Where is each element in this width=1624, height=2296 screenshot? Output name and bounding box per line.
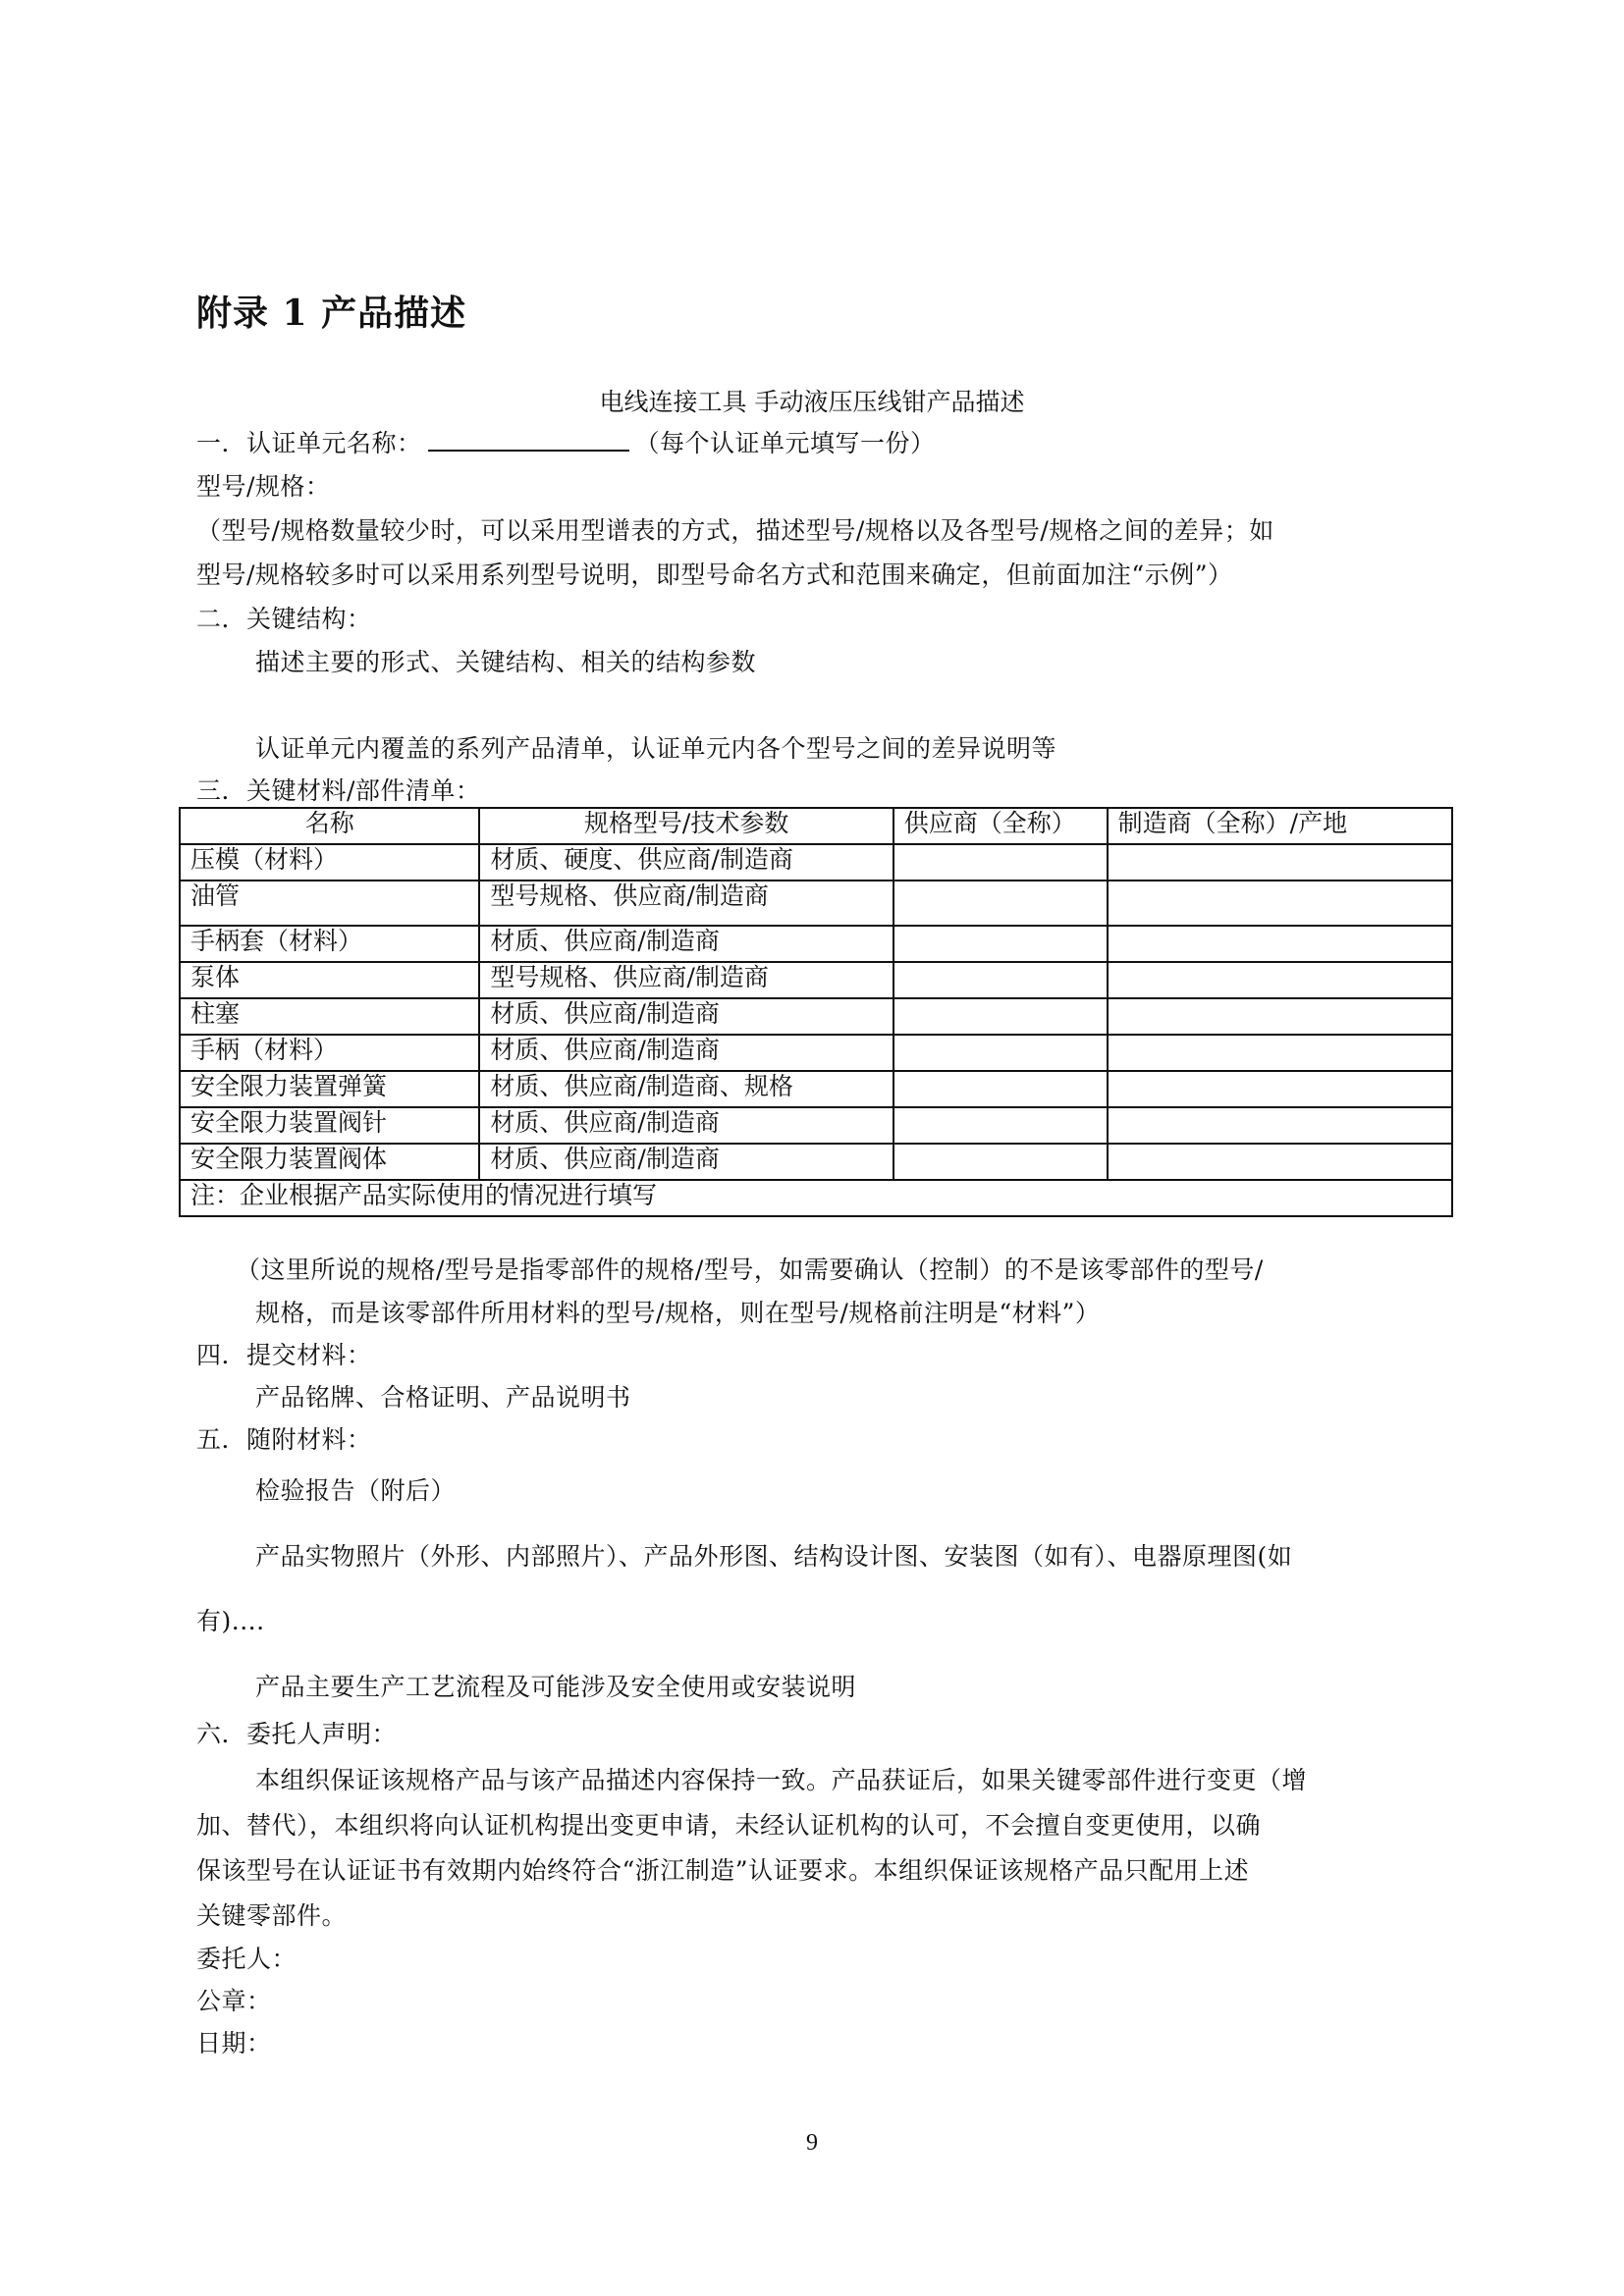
cell-manufacturer[interactable] xyxy=(1108,844,1452,881)
section2-line1: 描述主要的形式、关键结构、相关的结构参数 xyxy=(255,648,756,677)
cell-manufacturer[interactable] xyxy=(1108,962,1452,998)
table-row: 安全限力装置阀针 材质、供应商/制造商 xyxy=(180,1107,1452,1144)
appendix-heading: 附录 1 产品描述 xyxy=(196,291,466,336)
table-footnote-row: 注：企业根据产品实际使用的情况进行填写 xyxy=(180,1180,1452,1216)
cell-spec: 材质、供应商/制造商 xyxy=(479,1144,893,1180)
seal-label: 公章： xyxy=(196,1987,272,2016)
cell-manufacturer[interactable] xyxy=(1108,1071,1452,1107)
cert-unit-name-blank[interactable] xyxy=(428,428,629,452)
cell-manufacturer[interactable] xyxy=(1108,998,1452,1035)
cell-manufacturer[interactable] xyxy=(1108,1107,1452,1144)
date-label: 日期： xyxy=(196,2029,272,2058)
cell-name: 压模（材料） xyxy=(180,844,479,881)
declaration-line4: 关键零部件。 xyxy=(196,1901,347,1931)
section5-line2b: 有).... xyxy=(196,1607,265,1636)
section1-line: 一．认证单元名称：（每个认证单元填写一份） xyxy=(196,428,936,458)
declaration-line3: 保该型号在认证证书有效期内始终符合“浙江制造”认证要求。本组织保证该规格产品只配… xyxy=(196,1856,1249,1886)
cell-name: 安全限力装置阀针 xyxy=(180,1107,479,1144)
table-row: 泵体 型号规格、供应商/制造商 xyxy=(180,962,1452,998)
cell-name: 油管 xyxy=(180,881,479,926)
table-header-row: 名称 规格型号/技术参数 供应商（全称） 制造商（全称）/产地 xyxy=(180,808,1452,844)
declaration-line2: 加、替代），本组织将向认证机构提出变更申请，未经认证机构的认可，不会擅自变更使用… xyxy=(196,1811,1261,1841)
header-supplier: 供应商（全称） xyxy=(893,808,1108,844)
cell-spec: 型号规格、供应商/制造商 xyxy=(479,881,893,926)
cell-manufacturer[interactable] xyxy=(1108,1144,1452,1180)
cell-supplier[interactable] xyxy=(893,962,1108,998)
cell-spec: 材质、供应商/制造商 xyxy=(479,926,893,962)
table-row: 柱塞 材质、供应商/制造商 xyxy=(180,998,1452,1035)
header-spec: 规格型号/技术参数 xyxy=(479,808,893,844)
section4-label: 四．提交材料： xyxy=(196,1341,372,1370)
cell-name: 柱塞 xyxy=(180,998,479,1035)
cell-spec: 材质、供应商/制造商、规格 xyxy=(479,1071,893,1107)
cell-manufacturer[interactable] xyxy=(1108,1035,1452,1071)
cell-spec: 材质、供应商/制造商 xyxy=(479,1107,893,1144)
cell-spec: 材质、供应商/制造商 xyxy=(479,1035,893,1071)
client-label: 委托人： xyxy=(196,1945,297,1974)
model-note-line2: 型号/规格较多时可以采用系列型号说明，即型号命名方式和范围来确定，但前面加注“示… xyxy=(196,561,1233,590)
table-row: 手柄套（材料） 材质、供应商/制造商 xyxy=(180,926,1452,962)
cell-supplier[interactable] xyxy=(893,1071,1108,1107)
section5-line2a: 产品实物照片（外形、内部照片）、产品外形图、结构设计图、安装图（如有）、电器原理… xyxy=(255,1542,1292,1572)
cell-name: 安全限力装置弹簧 xyxy=(180,1071,479,1107)
cell-supplier[interactable] xyxy=(893,1035,1108,1071)
cell-name: 手柄套（材料） xyxy=(180,926,479,962)
header-name: 名称 xyxy=(180,808,479,844)
cell-name: 安全限力装置阀体 xyxy=(180,1144,479,1180)
cell-spec: 型号规格、供应商/制造商 xyxy=(479,962,893,998)
table-row: 手柄（材料） 材质、供应商/制造商 xyxy=(180,1035,1452,1071)
cell-name: 手柄（材料） xyxy=(180,1035,479,1071)
section5-line3: 产品主要生产工艺流程及可能涉及安全使用或安装说明 xyxy=(255,1673,856,1702)
cell-supplier[interactable] xyxy=(893,844,1108,881)
section4-line1: 产品铭牌、合格证明、产品说明书 xyxy=(255,1383,631,1413)
cell-name: 泵体 xyxy=(180,962,479,998)
cell-supplier[interactable] xyxy=(893,1107,1108,1144)
section1-label: 一．认证单元名称： xyxy=(196,429,422,457)
page-number: 9 xyxy=(0,2130,1624,2157)
cell-manufacturer[interactable] xyxy=(1108,881,1452,926)
table-row: 压模（材料） 材质、硬度、供应商/制造商 xyxy=(180,844,1452,881)
cell-manufacturer[interactable] xyxy=(1108,926,1452,962)
section1-note: （每个认证单元填写一份） xyxy=(635,429,936,457)
model-note-line1: （型号/规格数量较少时，可以采用型谱表的方式，描述型号/规格以及各型号/规格之间… xyxy=(196,516,1274,546)
section2-line2: 认证单元内覆盖的系列产品清单，认证单元内各个型号之间的差异说明等 xyxy=(255,734,1056,764)
header-manufacturer: 制造商（全称）/产地 xyxy=(1108,808,1452,844)
cell-supplier[interactable] xyxy=(893,926,1108,962)
section5-line1: 检验报告（附后） xyxy=(255,1476,456,1506)
declaration-line1: 本组织保证该规格产品与该产品描述内容保持一致。产品获证后，如果关键零部件进行变更… xyxy=(255,1766,1307,1795)
table-row: 油管 型号规格、供应商/制造商 xyxy=(180,881,1452,926)
cell-supplier[interactable] xyxy=(893,998,1108,1035)
cell-supplier[interactable] xyxy=(893,881,1108,926)
cell-spec: 材质、供应商/制造商 xyxy=(479,998,893,1035)
section6-label: 六．委托人声明： xyxy=(196,1720,397,1749)
cell-spec: 材质、硬度、供应商/制造商 xyxy=(479,844,893,881)
section5-label: 五．随附材料： xyxy=(196,1425,372,1455)
key-parts-table: 名称 规格型号/技术参数 供应商（全称） 制造商（全称）/产地 压模（材料） 材… xyxy=(179,807,1453,1217)
cell-supplier[interactable] xyxy=(893,1144,1108,1180)
model-spec-label: 型号/规格： xyxy=(196,472,330,502)
section3-explain-line2: 规格，而是该零部件所用材料的型号/规格，则在型号/规格前注明是“材料”） xyxy=(255,1299,1100,1328)
section3-explain-line1: （这里所说的规格/型号是指零部件的规格/型号，如需要确认（控制）的不是该零部件的… xyxy=(236,1255,1264,1285)
section3-label: 三．关键材料/部件清单： xyxy=(196,776,480,806)
table-footnote: 注：企业根据产品实际使用的情况进行填写 xyxy=(180,1180,1452,1216)
section2-label: 二．关键结构： xyxy=(196,605,372,634)
table-row: 安全限力装置阀体 材质、供应商/制造商 xyxy=(180,1144,1452,1180)
document-subtitle: 电线连接工具 手动液压压线钳产品描述 xyxy=(0,388,1624,417)
table-row: 安全限力装置弹簧 材质、供应商/制造商、规格 xyxy=(180,1071,1452,1107)
